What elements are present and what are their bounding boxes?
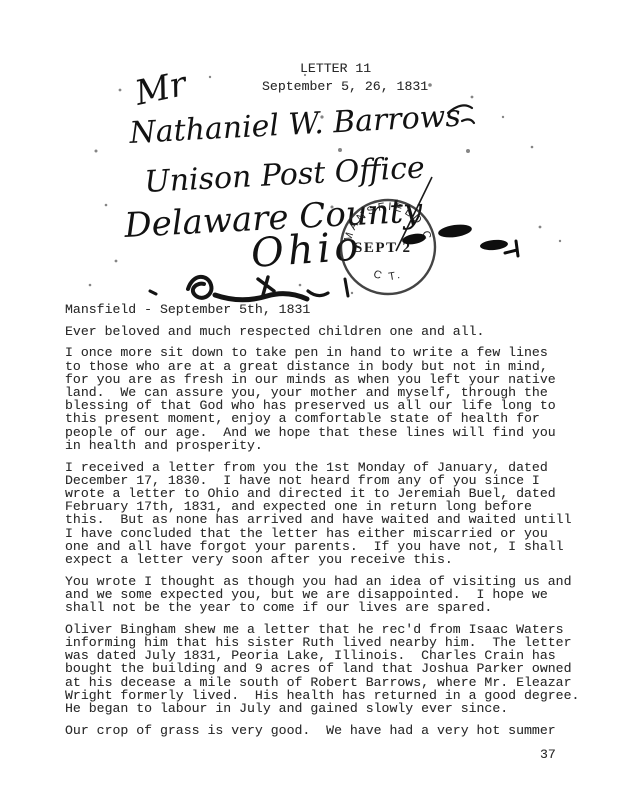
- postmark-rim-bottom-text: C T.: [372, 268, 404, 283]
- address-recipient: Nathaniel W. Barrows: [128, 99, 462, 151]
- paragraph-3: You wrote I thought as though you had an…: [65, 575, 585, 615]
- letter-page: LETTER 11 September 5, 26, 1831: [0, 0, 618, 800]
- salutation: Ever beloved and much respected children…: [65, 325, 585, 338]
- address-prefix: Mr: [131, 64, 192, 114]
- page-number: 37: [540, 748, 556, 761]
- svg-text:C T.: C T.: [372, 268, 404, 283]
- postmark-date-text: SEPT 2: [354, 240, 412, 256]
- paragraph-4: Oliver Bingham shew me a letter that he …: [65, 623, 585, 715]
- paragraph-1: I once more sit down to take pen in hand…: [65, 346, 585, 452]
- paragraph-2: I received a letter from you the 1st Mon…: [65, 461, 585, 567]
- ink-scrawl: [150, 277, 348, 300]
- dateline: Mansfield - September 5th, 1831: [65, 303, 585, 316]
- paragraph-5: Our crop of grass is very good. We have …: [65, 724, 585, 737]
- envelope-scan: Mr Nathaniel W. Barrows Unison Post Offi…: [0, 55, 618, 310]
- letter-body: Mansfield - September 5th, 1831 Ever bel…: [65, 303, 585, 745]
